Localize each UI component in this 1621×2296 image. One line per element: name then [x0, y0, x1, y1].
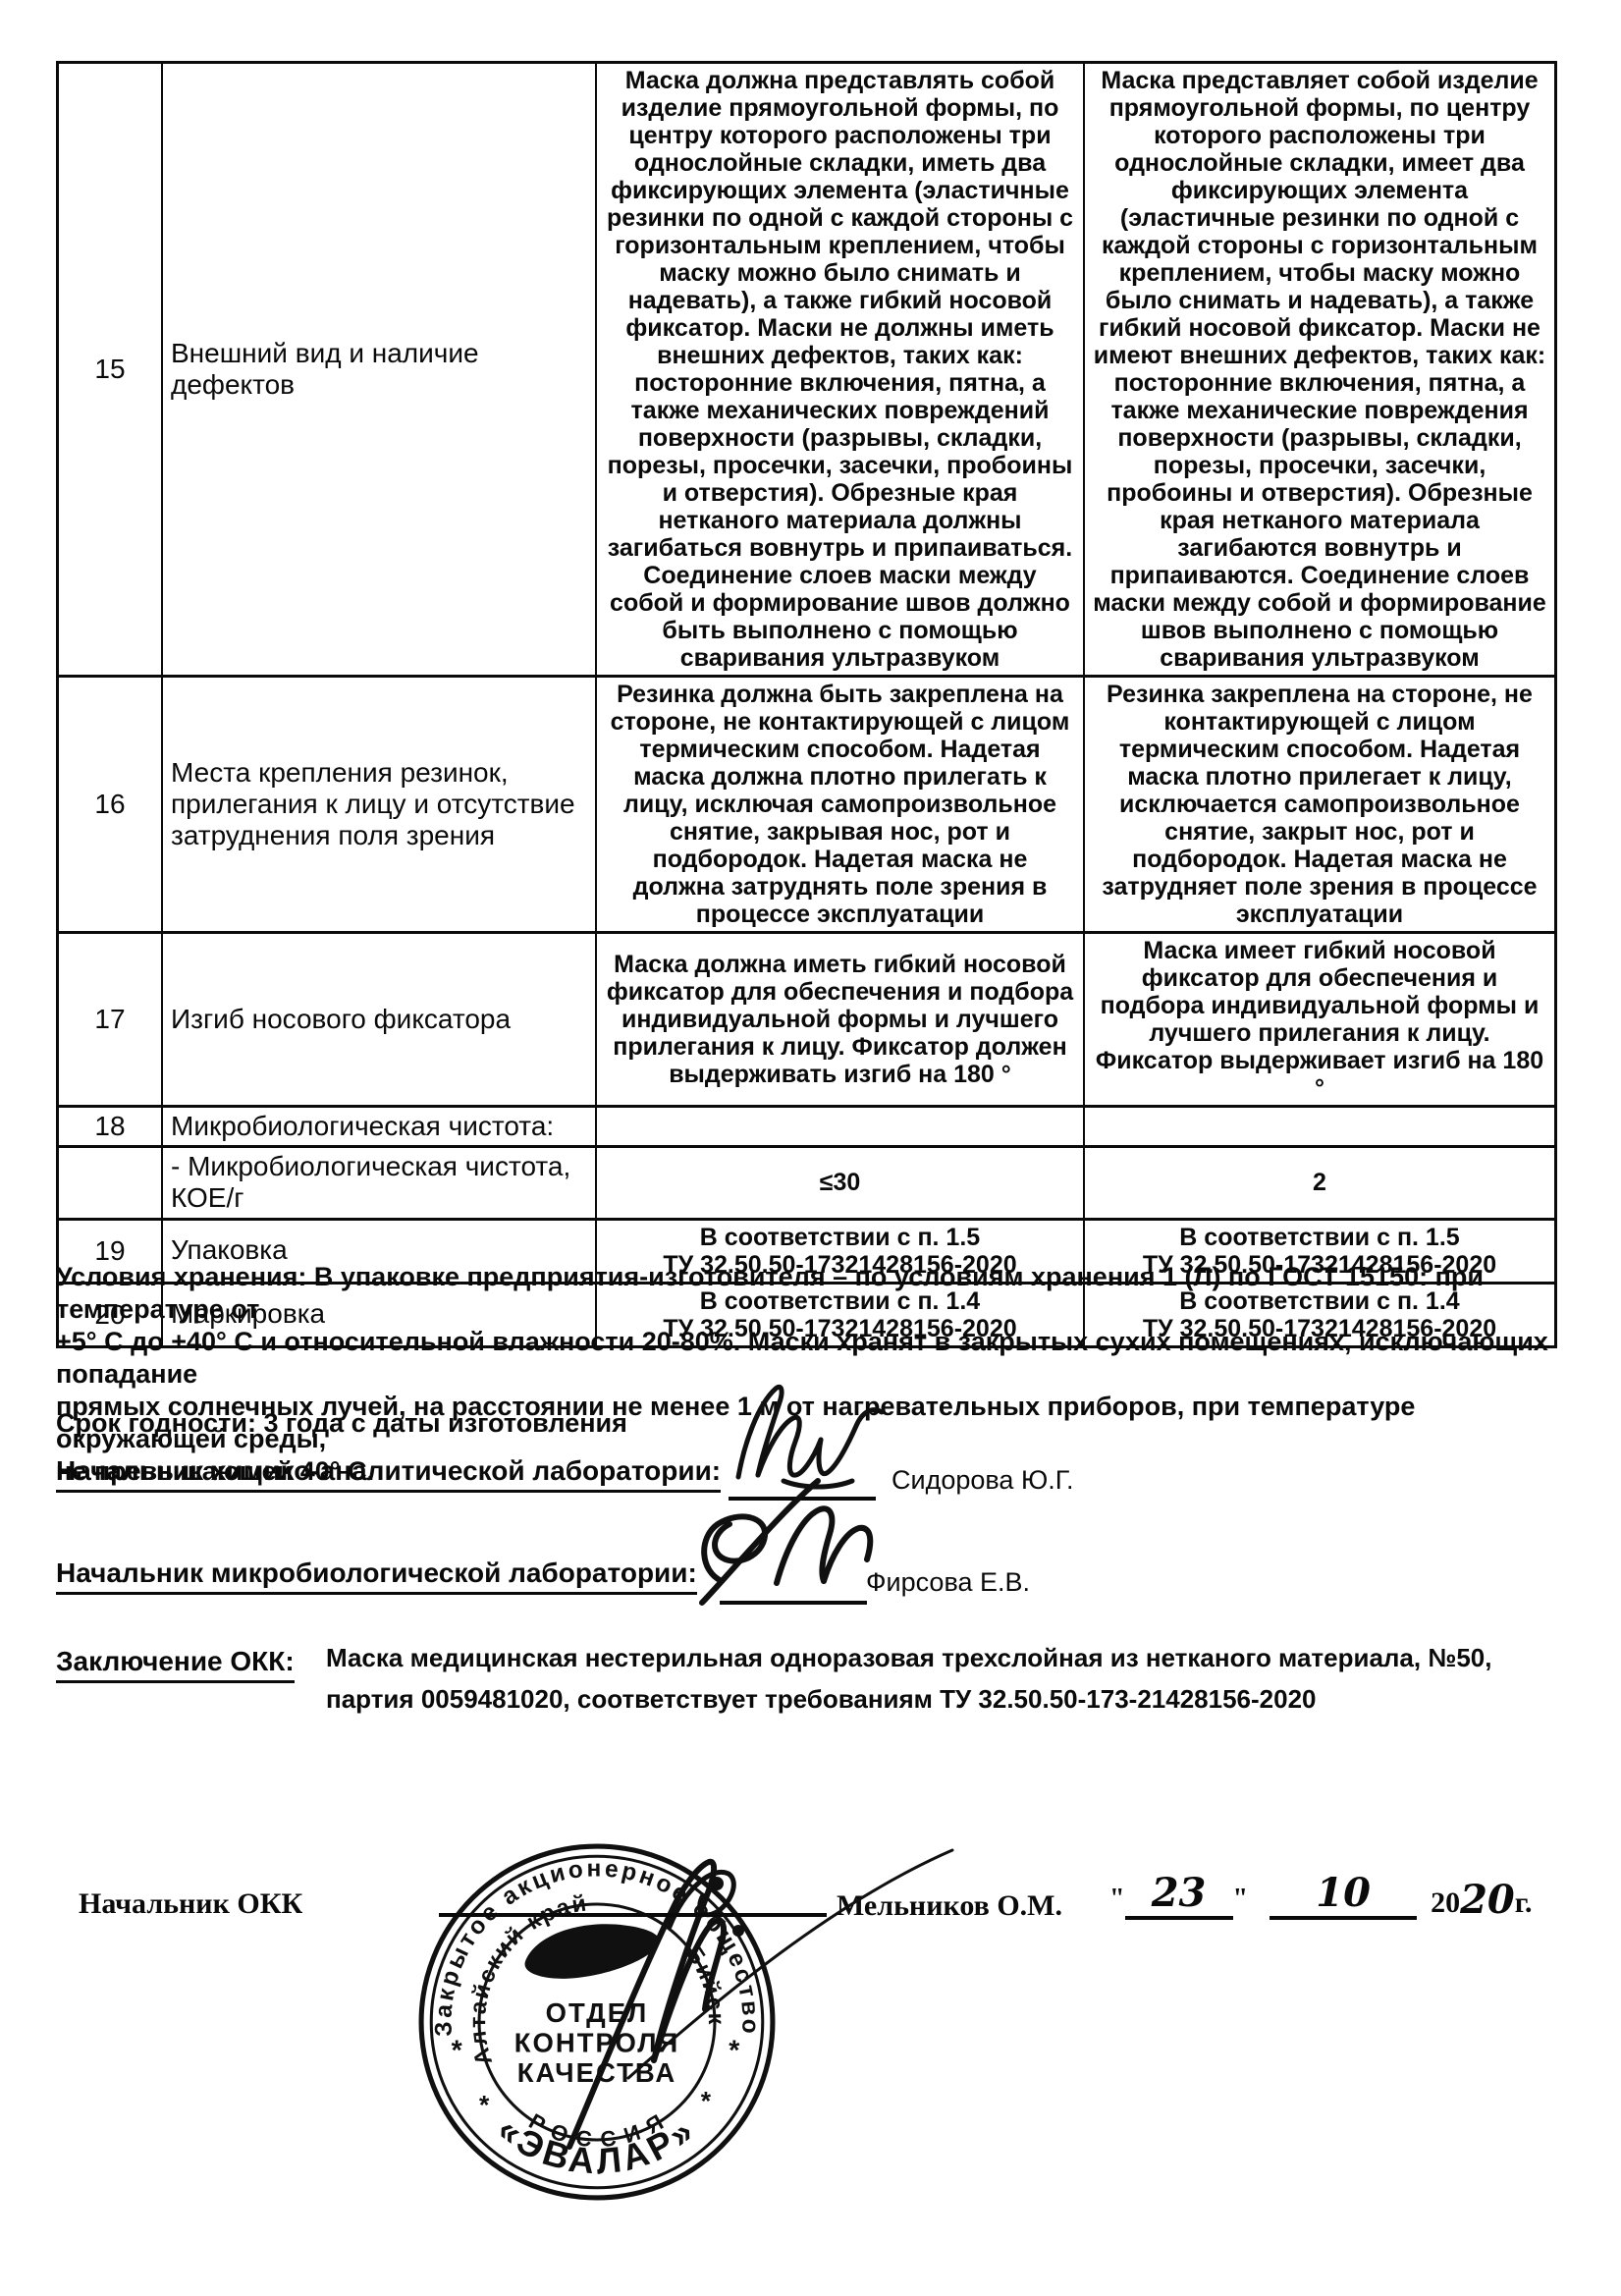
- row17-actual: Маска имеет гибкий носовой фиксатор для …: [1085, 934, 1554, 1105]
- micro-lab-head-signature: [692, 1473, 889, 1611]
- row15-actual: Маска представляет собой изделие прямоуг…: [1085, 64, 1554, 675]
- row16-number: 16: [59, 678, 163, 931]
- row18sub-number: [59, 1148, 163, 1217]
- row18-number: 18: [59, 1108, 163, 1145]
- row15-requirement: Маска должна представлять собой изделие …: [597, 64, 1085, 675]
- row17-number: 17: [59, 934, 163, 1105]
- okk-conclusion-text: Маска медицинская нестерильная одноразов…: [326, 1638, 1534, 1720]
- table-row-16: 16 Места крепления резинок, прилегания к…: [59, 675, 1554, 931]
- row18-actual: [1085, 1108, 1554, 1145]
- spec-table: 15 Внешний вид и наличие дефектов Маска …: [56, 61, 1557, 1348]
- shelf-life-text: Срок годности: 3 года с даты изготовлени…: [56, 1408, 627, 1439]
- document-page: 15 Внешний вид и наличие дефектов Маска …: [0, 0, 1621, 2296]
- date-close-quote: ": [1233, 1874, 1249, 1915]
- micro-lab-head-label: Начальник микробиологической лаборатории…: [56, 1558, 697, 1595]
- row18-parameter: Микробиологическая чистота:: [163, 1108, 597, 1145]
- date-day-value: 23: [1152, 1870, 1207, 1916]
- table-row-18-sub: - Микробиологическая чистота, КОЕ/г ≤30 …: [59, 1145, 1554, 1217]
- row16-actual: Резинка закреплена на стороне, не контак…: [1085, 678, 1554, 931]
- row16-parameter: Места крепления резинок, прилегания к ли…: [163, 678, 597, 931]
- micro-lab-signature-line: [720, 1601, 867, 1605]
- date-year-hand: 20: [1460, 1881, 1515, 1920]
- date-block: " 23 " 10 20 20 г.: [1109, 1874, 1533, 1920]
- row16-requirement: Резинка должна быть закреплена на сторон…: [597, 678, 1085, 931]
- table-row-17: 17 Изгиб носового фиксатора Маска должна…: [59, 931, 1554, 1105]
- table-row-18: 18 Микробиологическая чистота:: [59, 1105, 1554, 1145]
- row17-requirement: Маска должна иметь гибкий носовой фиксат…: [597, 934, 1085, 1105]
- chem-lab-head-name: Сидорова Ю.Г.: [892, 1465, 1074, 1496]
- date-month-value: 10: [1316, 1870, 1371, 1916]
- table-row-15: 15 Внешний вид и наличие дефектов Маска …: [59, 64, 1554, 675]
- row17-parameter: Изгиб носового фиксатора: [163, 934, 597, 1105]
- okk-signature-line: [439, 1913, 827, 1917]
- row18-requirement: [597, 1108, 1085, 1145]
- row15-number: 15: [59, 64, 163, 675]
- date-year-suffix: г.: [1515, 1886, 1533, 1920]
- row18sub-requirement: ≤30: [597, 1148, 1085, 1217]
- row18sub-actual: 2: [1085, 1148, 1554, 1217]
- micro-lab-head-name: Фирсова Е.В.: [866, 1567, 1030, 1598]
- row18sub-parameter: - Микробиологическая чистота, КОЕ/г: [163, 1148, 597, 1217]
- date-month-field: 10: [1270, 1874, 1417, 1920]
- chem-lab-head-label: Начальник химико-аналитической лаборатор…: [56, 1455, 721, 1493]
- okk-head-role: Начальник ОКК: [79, 1887, 302, 1921]
- okk-head-signature: [422, 1832, 972, 2166]
- date-day-field: 23: [1125, 1874, 1233, 1920]
- date-year-printed: 20: [1431, 1886, 1460, 1920]
- date-open-quote: ": [1109, 1874, 1125, 1915]
- row15-parameter: Внешний вид и наличие дефектов: [163, 64, 597, 675]
- okk-conclusion-label: Заключение ОКК:: [56, 1646, 295, 1683]
